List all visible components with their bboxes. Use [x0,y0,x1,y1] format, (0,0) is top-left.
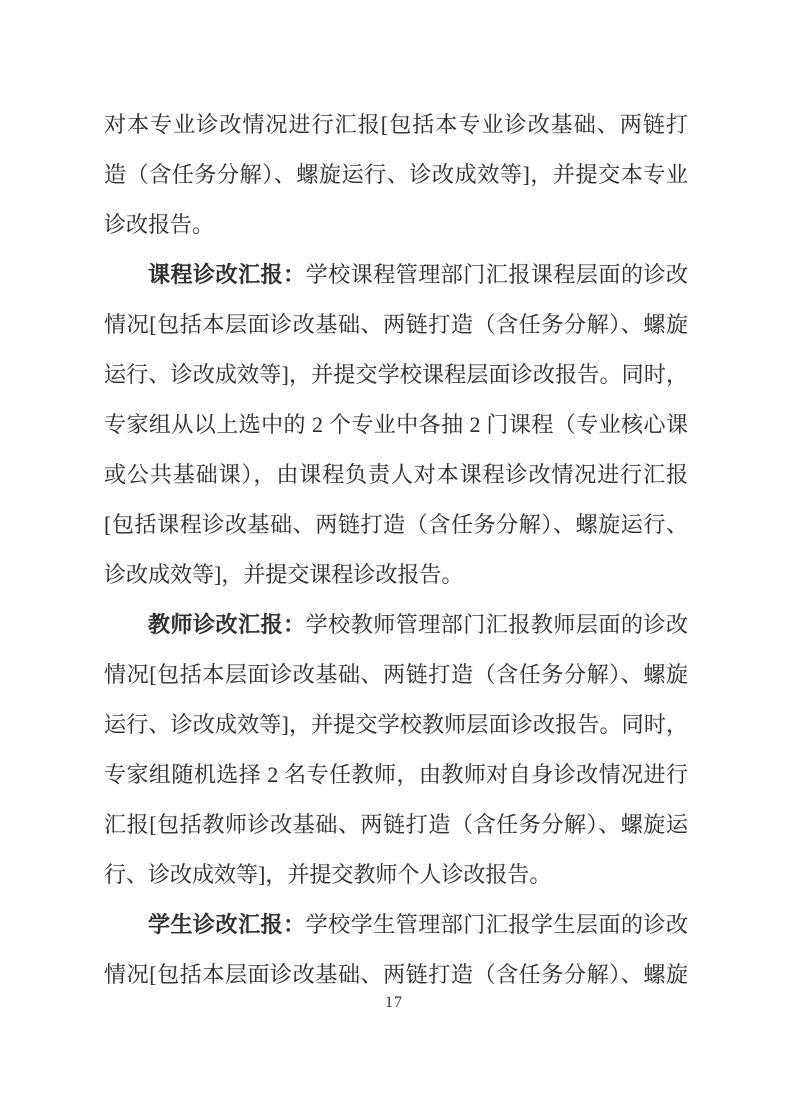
text-block: 对本专业诊改情况进行汇报[包括本专业诊改基础、两链打造（含任务分解）、螺旋运行、… [104,100,688,1000]
text-line: 情况[包括本层面诊改基础、两链打造（含任务分解）、螺旋 [104,950,688,1000]
text-line: 汇报[包括教师诊改基础、两链打造（含任务分解）、螺旋运 [104,800,688,850]
line-text: 学校学生管理部门汇报学生层面的诊改 [306,912,688,937]
text-line: 专家组从以上选中的 2 个专业中各抽 2 门课程（专业核心课 [104,400,688,450]
text-line: 造（含任务分解）、螺旋运行、诊改成效等]，并提交本专业 [104,150,688,200]
text-line: [包括课程诊改基础、两链打造（含任务分解）、螺旋运行、 [104,500,688,550]
text-line: 运行、诊改成效等]，并提交学校教师层面诊改报告。同时， [104,700,688,750]
document-page: 对本专业诊改情况进行汇报[包括本专业诊改基础、两链打造（含任务分解）、螺旋运行、… [0,0,788,1113]
text-line: 诊改成效等]，并提交课程诊改报告。 [104,550,688,600]
text-line: 教师诊改汇报：学校教师管理部门汇报教师层面的诊改 [104,600,688,650]
page-number: 17 [0,994,788,1012]
paragraph-lead: 课程诊改汇报： [148,262,306,287]
text-line: 对本专业诊改情况进行汇报[包括本专业诊改基础、两链打 [104,100,688,150]
text-line: 学生诊改汇报：学校学生管理部门汇报学生层面的诊改 [104,900,688,950]
line-text: 学校课程管理部门汇报课程层面的诊改 [306,262,688,287]
line-text: 学校教师管理部门汇报教师层面的诊改 [306,612,688,637]
text-line: 情况[包括本层面诊改基础、两链打造（含任务分解）、螺旋 [104,300,688,350]
text-line: 运行、诊改成效等]，并提交学校课程层面诊改报告。同时， [104,350,688,400]
paragraph-lead: 学生诊改汇报： [148,912,306,937]
text-line: 诊改报告。 [104,200,688,250]
text-line: 行、诊改成效等]，并提交教师个人诊改报告。 [104,850,688,900]
paragraph-lead: 教师诊改汇报： [148,612,306,637]
text-line: 课程诊改汇报：学校课程管理部门汇报课程层面的诊改 [104,250,688,300]
text-line: 或公共基础课），由课程负责人对本课程诊改情况进行汇报 [104,450,688,500]
text-line: 专家组随机选择 2 名专任教师，由教师对自身诊改情况进行 [104,750,688,800]
text-line: 情况[包括本层面诊改基础、两链打造（含任务分解）、螺旋 [104,650,688,700]
